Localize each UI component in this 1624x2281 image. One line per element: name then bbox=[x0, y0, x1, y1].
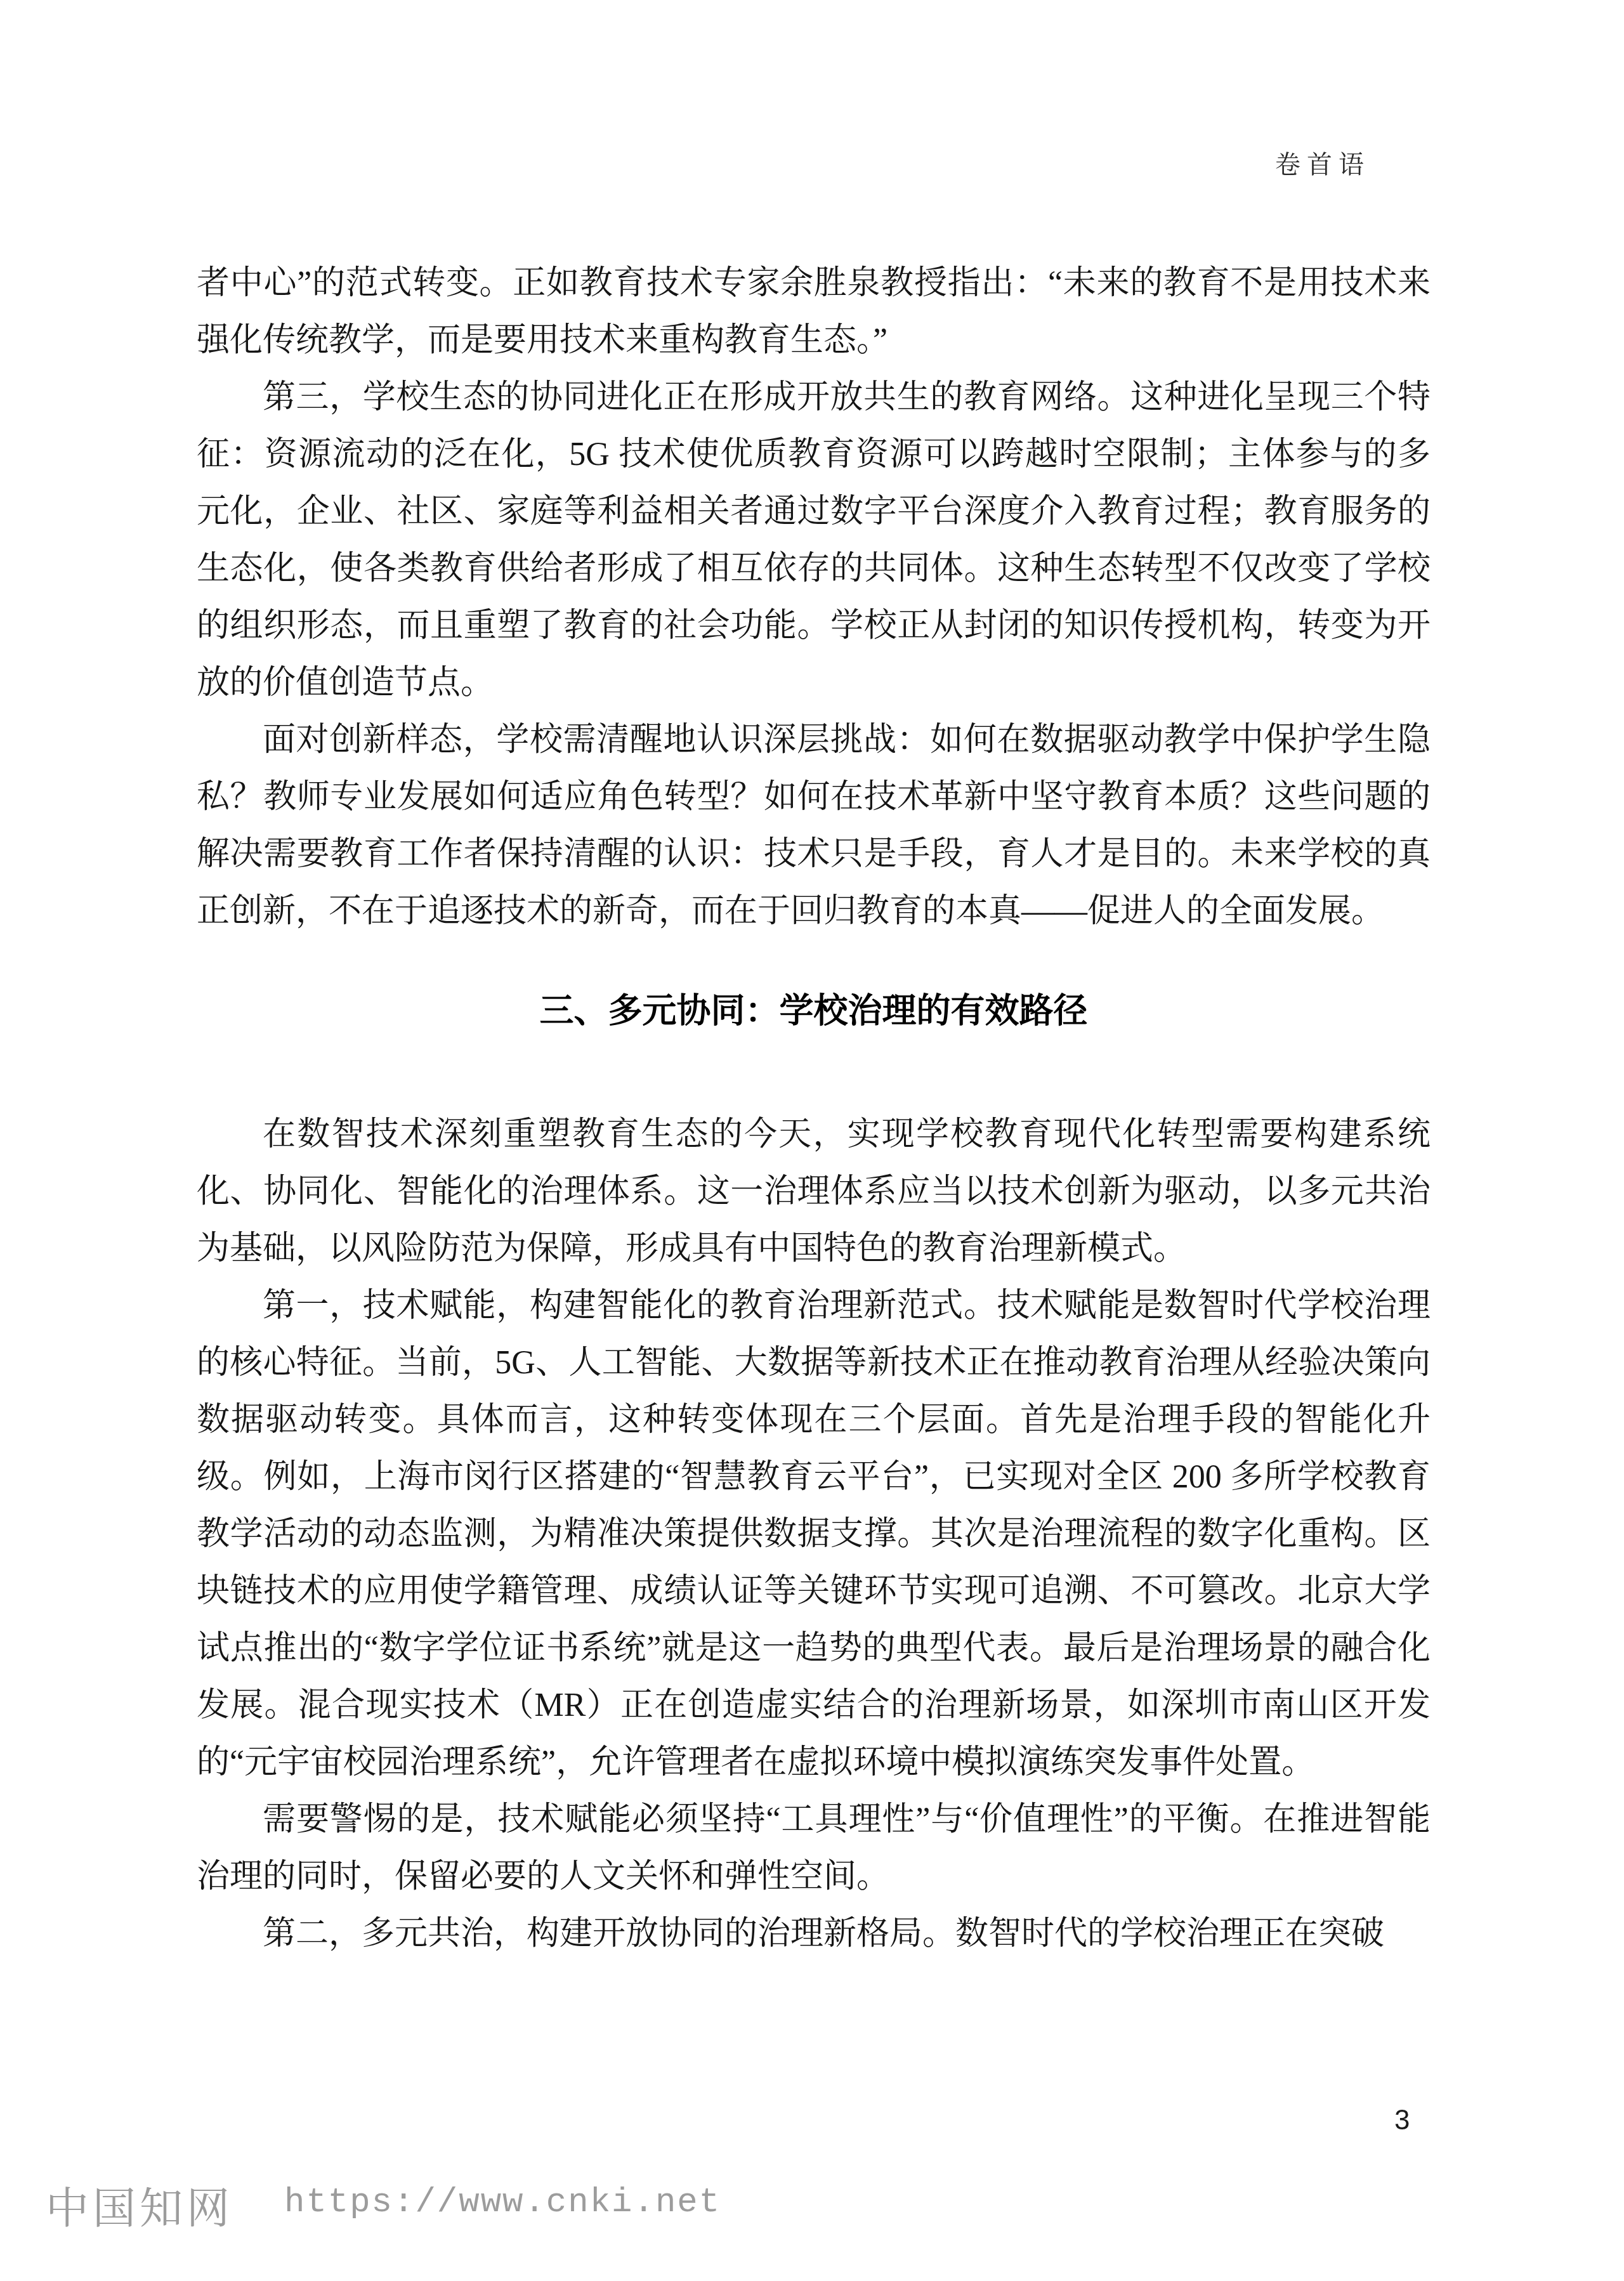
paragraph: 面对创新样态，学校需清醒地认识深层挑战：如何在数据驱动教学中保护学生隐私？教师专… bbox=[197, 712, 1431, 940]
cnki-url-watermark: https://www.cnki.net bbox=[284, 2183, 721, 2222]
page-number: 3 bbox=[1394, 2105, 1410, 2136]
paragraph: 需要警惕的是，技术赋能必须坚持“工具理性”与“价值理性”的平衡。在推进智能治理的… bbox=[197, 1791, 1431, 1905]
document-page: 卷首语 者中心”的范式转变。正如教育技术专家余胜泉教授指出：“未来的教育不是用技… bbox=[0, 0, 1624, 2281]
paragraph: 在数智技术深刻重塑教育生态的今天，实现学校教育现代化转型需要构建系统化、协同化、… bbox=[197, 1106, 1431, 1278]
section-heading: 三、多元协同：学校治理的有效路径 bbox=[197, 987, 1431, 1035]
paragraph: 第一，技术赋能，构建智能化的教育治理新范式。技术赋能是数智时代学校治理的核心特征… bbox=[197, 1278, 1431, 1791]
document-body: 者中心”的范式转变。正如教育技术专家余胜泉教授指出：“未来的教育不是用技术来强化… bbox=[197, 255, 1431, 1963]
paragraph: 第三，学校生态的协同进化正在形成开放共生的教育网络。这种进化呈现三个特征：资源流… bbox=[197, 369, 1431, 712]
page-header-label: 卷首语 bbox=[1275, 145, 1370, 181]
paragraph: 第二，多元共治，构建开放协同的治理新格局。数智时代的学校治理正在突破 bbox=[197, 1905, 1431, 1963]
paragraph: 者中心”的范式转变。正如教育技术专家余胜泉教授指出：“未来的教育不是用技术来强化… bbox=[197, 255, 1431, 369]
cnki-brand-watermark: 中国知网 bbox=[46, 2174, 233, 2236]
